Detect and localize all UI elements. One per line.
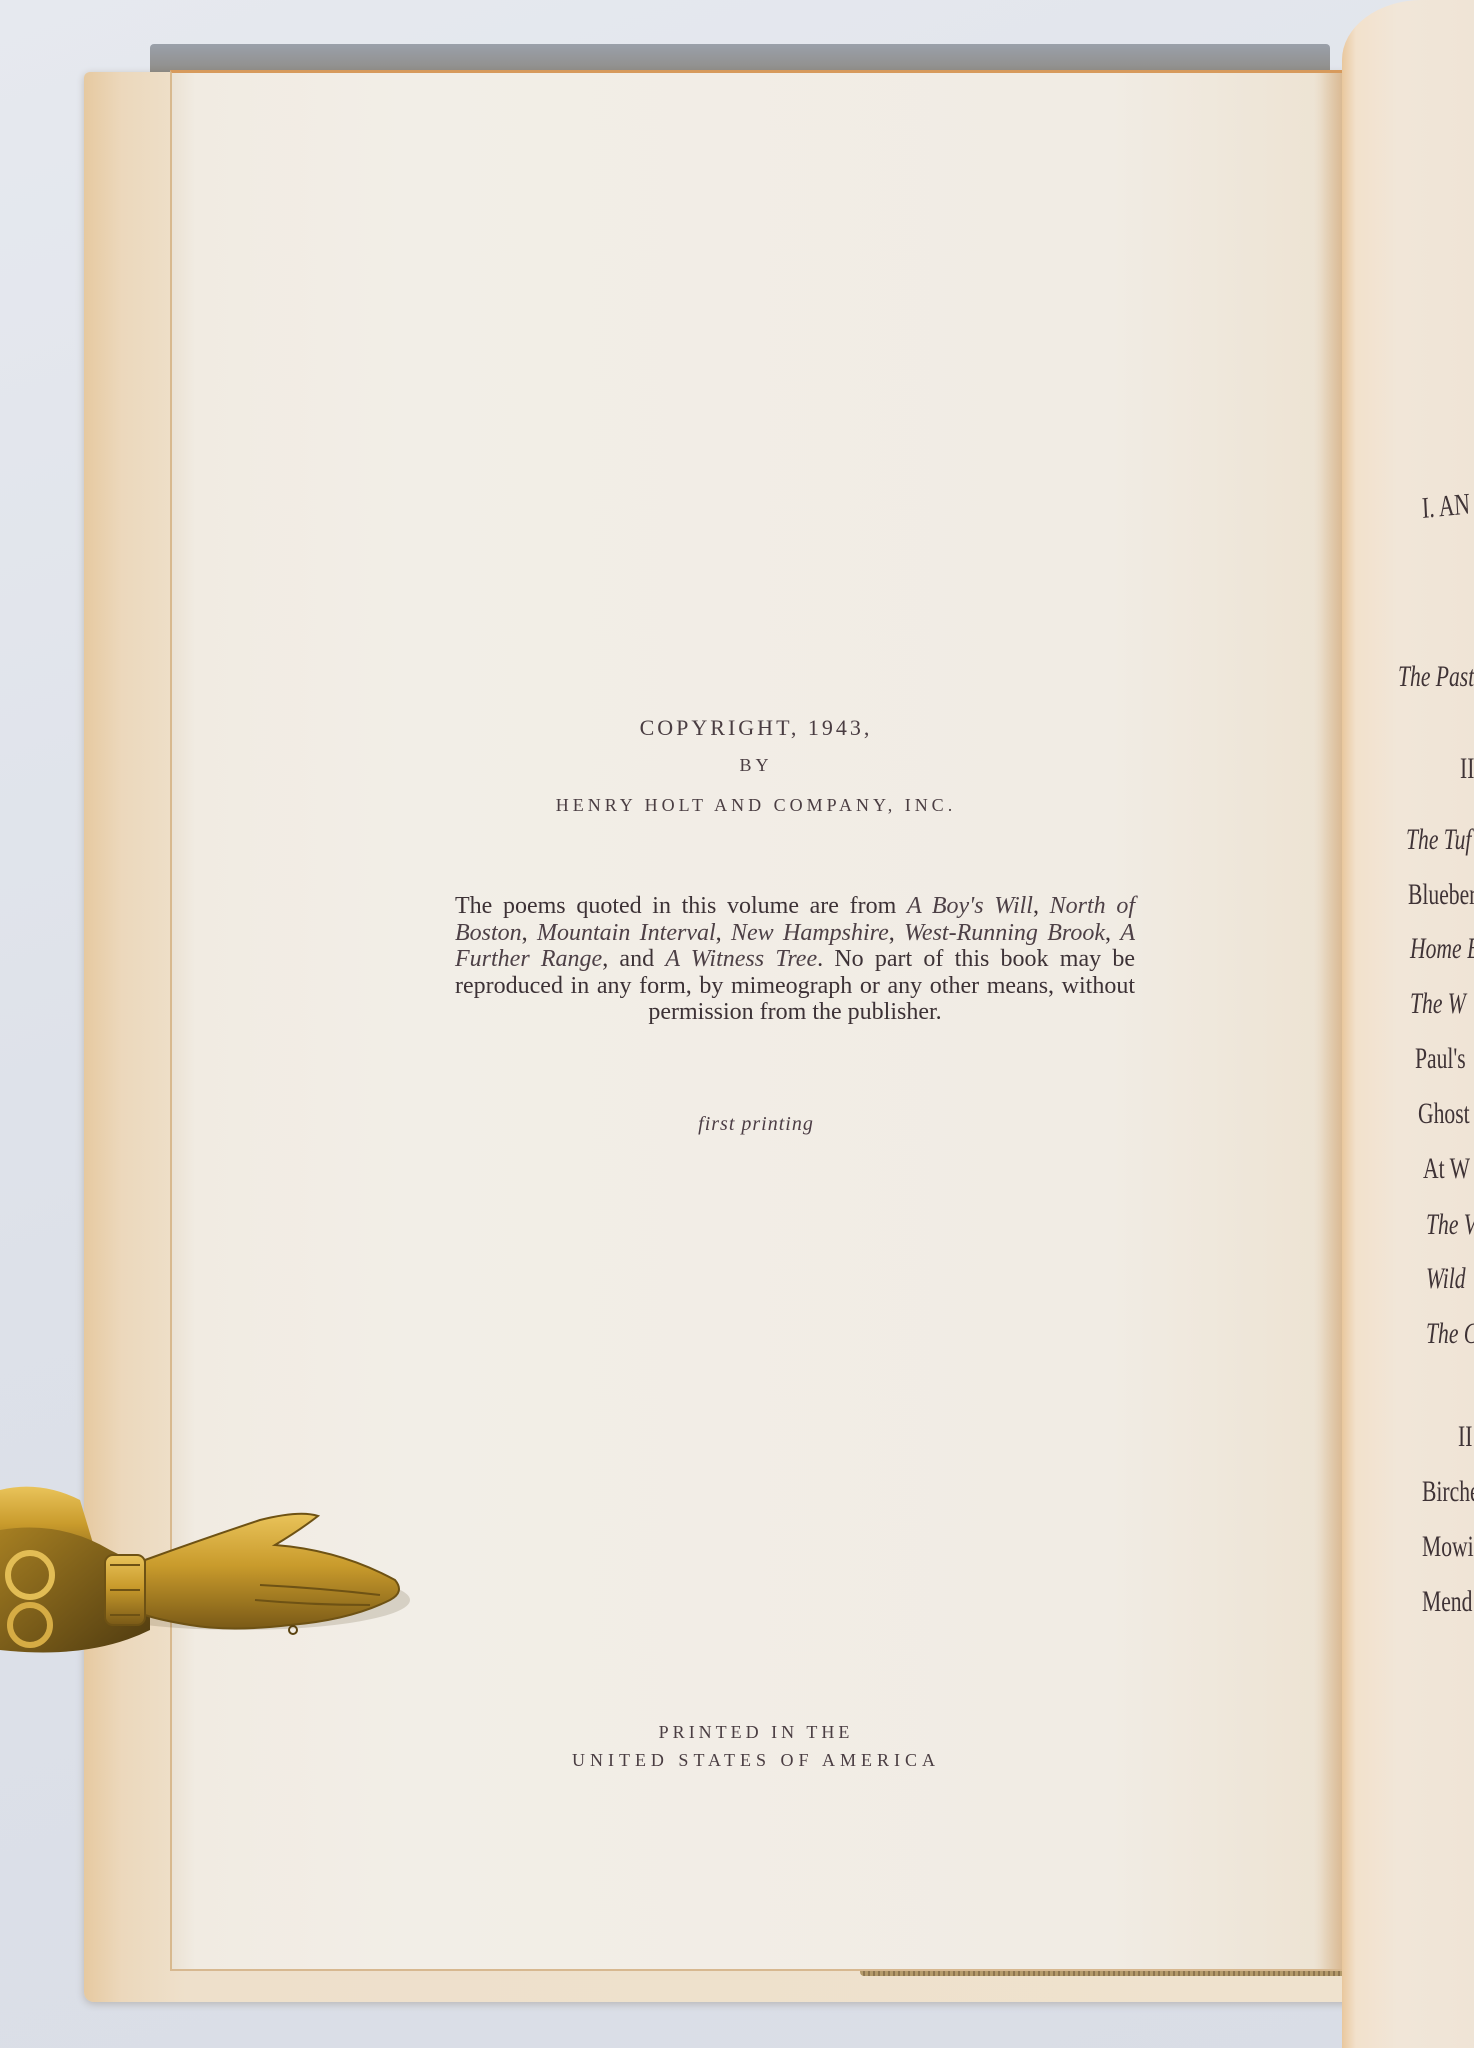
printed-in-line-2: UNITED STATES OF AMERICA xyxy=(170,1750,1342,1771)
contents-fragment: II xyxy=(1458,1420,1472,1454)
contents-fragment: Paul's xyxy=(1415,1042,1466,1076)
contents-fragment: The W xyxy=(1410,987,1466,1021)
book-title: West-Running Brook xyxy=(904,920,1105,946)
separator: , xyxy=(522,920,537,946)
contents-fragment: Mend xyxy=(1422,1585,1472,1619)
copyright-year-text: COPYRIGHT, 1943, xyxy=(640,715,873,740)
contents-fragment: Blueber xyxy=(1408,878,1474,912)
contents-fragment: I. AN xyxy=(1421,487,1471,526)
contents-fragment: Birche xyxy=(1422,1475,1474,1509)
notice-intro: The poems quoted in this volume are from xyxy=(455,893,907,919)
contents-fragment: Home B xyxy=(1410,932,1474,966)
book-title: Mountain Interval xyxy=(537,920,716,946)
separator: , xyxy=(889,920,904,946)
copyright-line: COPYRIGHT, 1943, xyxy=(170,715,1342,741)
printing-edition: first printing xyxy=(170,1113,1342,1136)
contents-fragment: II xyxy=(1460,752,1474,786)
separator: , and xyxy=(602,946,665,972)
contents-fragment: Mowi xyxy=(1422,1530,1474,1564)
contents-fragment: At W xyxy=(1423,1152,1470,1186)
separator: , xyxy=(1105,920,1120,946)
facing-contents-page: I. AN The Past II The Tuf Blueber Home B… xyxy=(1342,0,1474,2048)
printed-in-line-1: PRINTED IN THE xyxy=(170,1722,1342,1743)
contents-fragment: The Tuf xyxy=(1406,823,1471,857)
separator: , xyxy=(1033,893,1050,919)
brass-hand-clip-icon xyxy=(0,1400,420,1680)
contents-fragment: The V xyxy=(1426,1208,1474,1242)
contents-fragment: Ghost xyxy=(1418,1097,1470,1131)
by-line: BY xyxy=(170,755,1342,776)
book-title: A Boy's Will xyxy=(907,893,1033,919)
rights-notice-paragraph: The poems quoted in this volume are from… xyxy=(455,893,1135,1026)
contents-fragment: Wild xyxy=(1426,1262,1466,1296)
separator: , xyxy=(716,920,731,946)
book-title: New Hampshire xyxy=(731,920,889,946)
book-title: A Witness Tree xyxy=(665,946,817,972)
gutter-shadow xyxy=(1314,73,1344,1969)
publisher-name: HENRY HOLT AND COMPANY, INC. xyxy=(170,795,1342,816)
contents-fragment: The C xyxy=(1426,1317,1474,1351)
contents-fragment: The Past xyxy=(1398,660,1474,694)
